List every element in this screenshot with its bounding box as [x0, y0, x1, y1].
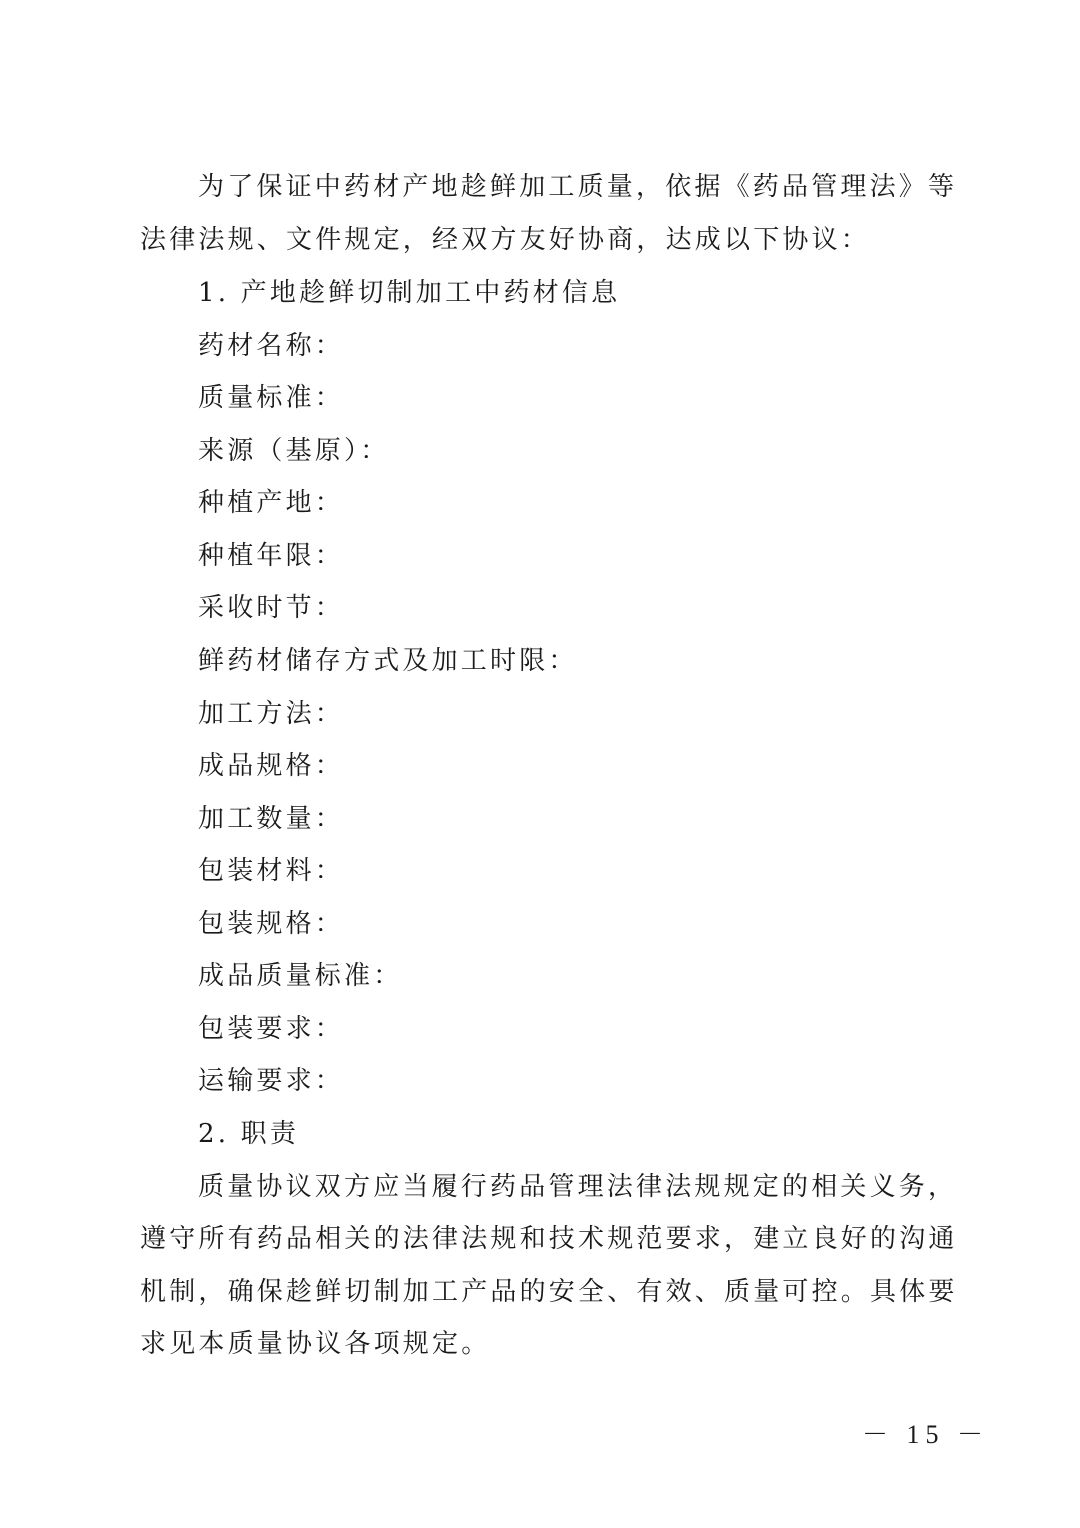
field-source: 来源（基原）：	[198, 434, 389, 468]
field-transport-requirements: 运输要求：	[198, 1064, 344, 1098]
field-packaging-spec: 包装规格：	[198, 907, 344, 941]
duties-line-4: 求见本质量协议各项规定。	[140, 1327, 490, 1361]
duties-line-1: 质量协议双方应当履行药品管理法律法规规定的相关义务，	[198, 1170, 940, 1204]
field-storage-method: 鲜药材储存方式及加工时限：	[198, 644, 578, 678]
section-1-heading: 1. 产地趁鲜切制加工中药材信息	[198, 276, 620, 310]
field-planting-origin: 种植产地：	[198, 486, 344, 520]
duties-line-2: 遵守所有药品相关的法律法规和技术规范要求，建立良好的沟通	[140, 1222, 940, 1256]
page-number: － 15 －	[862, 1418, 989, 1452]
intro-line-2: 法律法规、文件规定，经双方友好协商，达成以下协议：	[140, 223, 870, 257]
field-packaging-material: 包装材料：	[198, 854, 344, 888]
duties-line-3: 机制，确保趁鲜切制加工产品的安全、有效、质量可控。具体要	[140, 1275, 940, 1309]
field-product-spec: 成品规格：	[198, 749, 344, 783]
section-2-heading: 2. 职责	[198, 1117, 299, 1151]
field-medicine-name: 药材名称：	[198, 329, 344, 363]
document-page: 为了保证中药材产地趁鲜加工质量，依据《药品管理法》等 法律法规、文件规定，经双方…	[0, 0, 1080, 1528]
field-processing-quantity: 加工数量：	[198, 802, 344, 836]
field-planting-years: 种植年限：	[198, 539, 344, 573]
field-processing-method: 加工方法：	[198, 697, 344, 731]
field-product-quality-standard: 成品质量标准：	[198, 959, 402, 993]
field-quality-standard: 质量标准：	[198, 381, 344, 415]
intro-line-1: 为了保证中药材产地趁鲜加工质量，依据《药品管理法》等	[198, 170, 940, 204]
field-harvest-season: 采收时节：	[198, 591, 344, 625]
field-packaging-requirements: 包装要求：	[198, 1012, 344, 1046]
